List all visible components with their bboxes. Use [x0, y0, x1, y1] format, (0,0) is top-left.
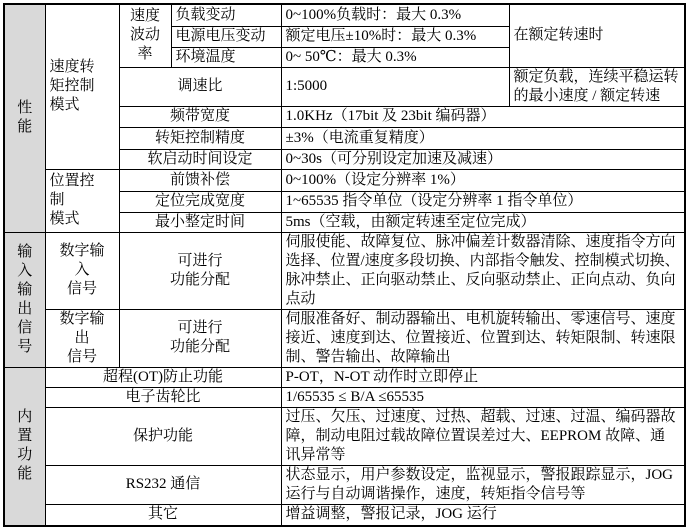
load-variation-value: 0~100%负载时：最大 0.3%	[281, 4, 509, 26]
settling-time-value: 5ms（空载，由额定转速至定位完成）	[281, 212, 685, 232]
rs232-label: RS232 通信	[45, 465, 281, 504]
positioning-width-value: 1~65535 指令单位（设定分辨率 1 指令单位）	[281, 191, 685, 212]
speed-torque-mode-label: 速度转 矩控制 模式	[45, 4, 119, 169]
digital-input-label: 数字输 入 信号	[45, 232, 119, 309]
bandwidth-value: 1.0KHz（17bit 及 23bit 编码器）	[281, 106, 685, 127]
speed-ratio-label: 调速比	[119, 67, 281, 106]
overtravel-value: P-OT，N-OT 动作时立即停止	[281, 367, 685, 387]
digital-output-assign: 可进行 功能分配	[119, 309, 281, 367]
electronic-gear-value: 1/65535 ≤ B/A ≤65535	[281, 387, 685, 407]
row-digital-input: 输 入 输 出 信 号 数字输 入 信号 可进行 功能分配 伺服使能、故障复位、…	[4, 232, 685, 309]
other-value: 增益调整，警报记录，JOG 运行	[281, 504, 685, 526]
ambient-temperature-label: 环境温度	[171, 47, 281, 67]
voltage-variation-value: 额定电压±10%时：最大 0.3%	[281, 26, 509, 47]
feedforward-label: 前馈补偿	[119, 169, 281, 191]
settling-time-label: 最小整定时间	[119, 212, 281, 232]
speed-ratio-value: 1:5000	[281, 67, 509, 106]
overtravel-label: 超程(OT)防止功能	[45, 367, 281, 387]
position-mode-label: 位置控 制 模式	[45, 169, 119, 232]
ambient-temperature-value: 0~ 50℃：最大 0.3%	[281, 47, 509, 67]
digital-output-label: 数字输 出 信号	[45, 309, 119, 367]
other-label: 其它	[45, 504, 281, 526]
speed-ratio-note: 额定负载，连续平稳运转的最小速度 / 额定转速	[509, 67, 685, 106]
digital-output-value: 伺服准备好、制动器输出、电机旋转输出、零速信号、速度接近、速度到达、位置接近、位…	[281, 309, 685, 367]
row-rs232: RS232 通信 状态显示，用户参数设定，监视显示，警报跟踪显示，JOG 运行与…	[4, 465, 685, 504]
feedforward-value: 0~100%（设定分辨率 1%）	[281, 169, 685, 191]
section-builtin-label: 内 置 功 能	[4, 367, 45, 526]
torque-accuracy-value: ±3%（电流重复精度）	[281, 127, 685, 149]
protection-value: 过压、欠压、过速度、过热、超载、过速、过温、编码器故障，制动电阻过载故障位置误差…	[281, 407, 685, 465]
voltage-variation-label: 电源电压变动	[171, 26, 281, 47]
speed-fluctuation-label: 速度 波动 率	[119, 4, 171, 67]
load-variation-label: 负载变动	[171, 4, 281, 26]
row-protection: 保护功能 过压、欠压、过速度、过热、超载、过速、过温、编码器故障，制动电阻过载故…	[4, 407, 685, 465]
digital-input-assign: 可进行 功能分配	[119, 232, 281, 309]
spec-page: 性 能 速度转 矩控制 模式 速度 波动 率 负载变动 0~100%负载时：最大…	[0, 0, 687, 482]
row-feedforward: 位置控 制 模式 前馈补偿 0~100%（设定分辨率 1%）	[4, 169, 685, 191]
protection-label: 保护功能	[45, 407, 281, 465]
torque-accuracy-label: 转矩控制精度	[119, 127, 281, 149]
bandwidth-label: 频带宽度	[119, 106, 281, 127]
row-electronic-gear: 电子齿轮比 1/65535 ≤ B/A ≤65535	[4, 387, 685, 407]
soft-start-label: 软启动时间设定	[119, 149, 281, 169]
row-overtravel: 内 置 功 能 超程(OT)防止功能 P-OT，N-OT 动作时立即停止	[4, 367, 685, 387]
rs232-value: 状态显示，用户参数设定，监视显示，警报跟踪显示，JOG 运行与自动调谐操作，速度…	[281, 465, 685, 504]
fluctuation-note: 在额定转速时	[509, 4, 685, 67]
soft-start-value: 0~30s（可分别设定加速及减速）	[281, 149, 685, 169]
electronic-gear-label: 电子齿轮比	[45, 387, 281, 407]
section-io-label: 输 入 输 出 信 号	[4, 232, 45, 367]
row-digital-output: 数字输 出 信号 可进行 功能分配 伺服准备好、制动器输出、电机旋转输出、零速信…	[4, 309, 685, 367]
positioning-width-label: 定位完成宽度	[119, 191, 281, 212]
digital-input-value: 伺服使能、故障复位、脉冲偏差计数器清除、速度指令方向选择、位置/速度多段切换、内…	[281, 232, 685, 309]
servo-spec-table: 性 能 速度转 矩控制 模式 速度 波动 率 负载变动 0~100%负载时：最大…	[3, 3, 686, 527]
row-load-variation: 性 能 速度转 矩控制 模式 速度 波动 率 负载变动 0~100%负载时：最大…	[4, 4, 685, 26]
row-other: 其它 增益调整，警报记录，JOG 运行	[4, 504, 685, 526]
section-performance-label: 性 能	[4, 4, 45, 232]
